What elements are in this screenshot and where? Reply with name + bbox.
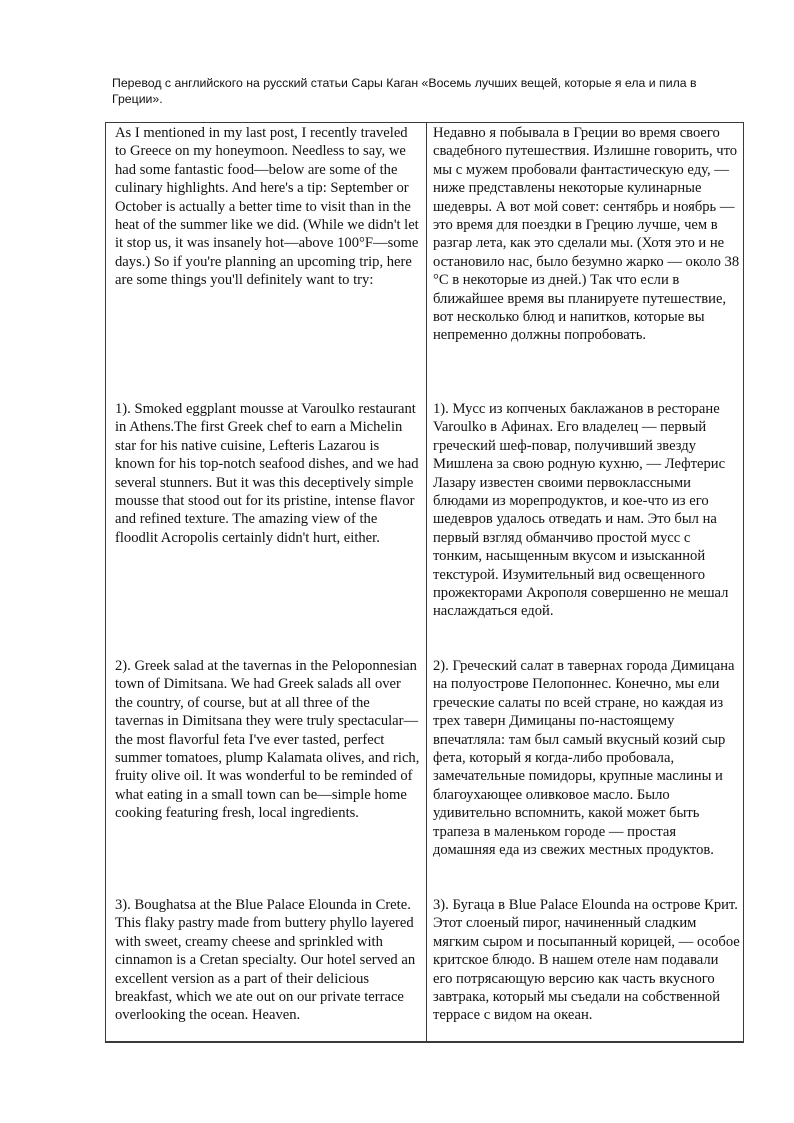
english-paragraph-intro: As I mentioned in my last post, I recent… xyxy=(115,124,421,290)
column-divider xyxy=(426,123,427,1041)
english-paragraph-1: 1). Smoked eggplant mousse at Varoulko r… xyxy=(115,400,421,547)
russian-paragraph-1: 1). Мусс из копченых баклажанов в рестор… xyxy=(433,400,741,621)
english-paragraph-2: 2). Greek salad at the tavernas in the P… xyxy=(115,657,421,823)
russian-paragraph-3: 3). Бугаца в Blue Palace Elounda на остр… xyxy=(433,896,741,1025)
russian-paragraph-intro: Недавно я побывала в Греции во время сво… xyxy=(433,124,741,345)
russian-column: Недавно я побывала в Греции во время сво… xyxy=(433,123,741,1041)
page-title: Перевод с английского на русский статьи … xyxy=(112,75,732,107)
translation-table: As I mentioned in my last post, I recent… xyxy=(105,122,744,1043)
english-paragraph-3: 3). Boughatsa at the Blue Palace Elounda… xyxy=(115,896,421,1025)
english-column: As I mentioned in my last post, I recent… xyxy=(115,123,421,1041)
russian-paragraph-2: 2). Греческий салат в тавернах города Ди… xyxy=(433,657,741,859)
